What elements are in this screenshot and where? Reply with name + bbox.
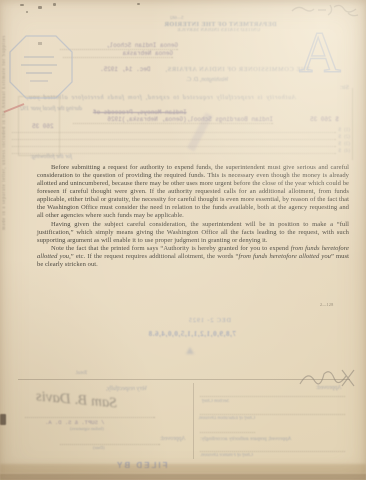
letter-a-stamp: A [288,16,352,82]
scanned-document-page: 5—682 DEPARTMENT OF THE INTERIOR UNITED … [0,0,366,480]
dollar-sign: $ [338,141,341,147]
edge-ink-mark [0,414,6,425]
washington-line: Washington, D. C. [186,77,228,83]
fiscal-year-line: during the fiscal year 192 [20,106,82,112]
fund-name-typed: Indian Boardings School,(Genoa, Nebraska… [73,116,273,124]
salutation: Sir: [340,84,349,91]
arrow-artifact [186,347,194,354]
section-chief-rule [200,395,345,397]
dollar-sign: $ [338,148,341,154]
ink-speck [53,3,56,6]
signature-column-divider [193,383,194,459]
amount-typed: $ 260 35 [310,116,339,123]
dollar-sign: $ [338,134,341,140]
finance-chief-label: Chief of Finance Division. [200,453,253,458]
education-chief-label: Chief of Education Division. [198,416,255,421]
date-label: (Date) [93,445,105,450]
pencil-notation [288,1,364,21]
prepare-authority-label: Approved; prepare authority accordingly: [200,436,291,442]
date-rule [60,443,160,445]
school-name-typed: Genoa Indian School, [60,42,178,50]
superintendent-signature: Sam B. Davis [35,388,117,412]
dotted-rule [12,145,336,147]
finance-chief-rule [200,450,345,452]
item-row: (3) $ [12,140,350,147]
service-heading: UNITED STATES INDIAN SERVICE [177,28,260,33]
red-check-mark [2,101,28,115]
dotted-rule [12,131,336,133]
department-heading: DEPARTMENT OF THE INTERIOR [164,21,277,28]
item-row: (2) $ [12,133,350,140]
prepare-rule [200,431,255,433]
supt-title-typed: / SUPT. & S. D. A. [45,419,104,426]
dotted-rule [12,138,336,140]
numbering-machine-stamp: 7,8,9,0,1,2,1,1,5,0,0,4,6.8 [148,330,236,338]
instruction-paragraph: Before submitting a request for authorit… [37,164,349,221]
letter-a-glyph: A [299,20,341,82]
approval-handwriting [296,364,362,392]
ink-speck [20,4,24,6]
item-row: (4) $ [12,147,350,154]
total-label: Total. [75,370,88,376]
margin-rule [352,88,353,160]
instruction-text-block: Before submitting a request for authorit… [37,164,349,269]
item-number: (3) [344,142,350,147]
ink-speck [26,11,28,13]
instruction-paragraph: Note the fact that the printed form says… [37,245,349,269]
dollar-sign: $ [338,127,341,133]
struck-fund-class: Indian Moneys, Proceeds of [93,109,187,116]
item-number: (4) [344,149,350,154]
signature-rule [25,416,155,418]
education-chief-rule [200,413,345,415]
amount-box-value: 260 35 [32,123,54,130]
page-bottom-edge [0,474,366,480]
ink-speck [38,6,42,9]
received-date-stamp: DEC 2- 1925 [188,318,231,324]
indian-signatures-label: (Indian signatures) [70,426,104,431]
printer-form-code: 2—128 [320,302,334,307]
octagon-routing-stamp [6,34,76,104]
item-number: (2) [344,135,350,140]
typed-date: Dec. 14, 1925. [100,66,150,73]
item-row: (1) $ [12,126,350,133]
page-edge-shading [0,464,366,474]
item-number: (1) [344,128,350,133]
school-place-typed: Genoa Nebraska [63,50,173,58]
following-label: for the following: [30,154,72,160]
dotted-rule [12,152,336,154]
instruction-paragraph: Having given the subject careful conside… [37,221,349,245]
very-respectfully: Very respectfully, [106,386,147,392]
form-number: 5—682 [170,15,184,20]
diagonal-stamp-smudge [187,112,213,151]
section-chief-label: Section Chief [202,399,229,404]
approved-label-2: Approved: [160,436,186,442]
ink-speck [137,3,140,5]
